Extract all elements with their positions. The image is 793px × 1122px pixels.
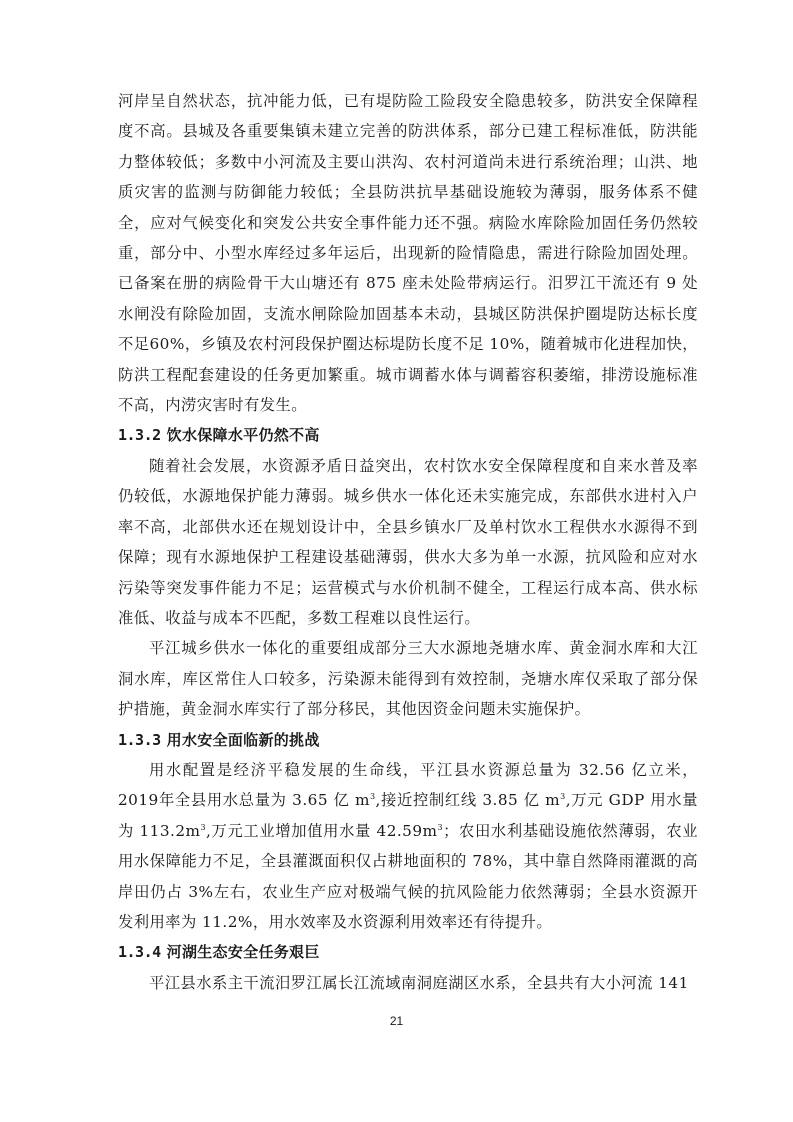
section-title: 河湖生态安全任务艰巨 [167,943,320,961]
text-segment: ,接近控制红线 3.85 亿 m [376,791,561,809]
paragraph-drinking-water-security: 随着社会发展，水资源矛盾日益突出，农村饮水安全保障程度和自来水普及率仍较低，水源… [118,451,698,633]
paragraph-river-lake-ecology: 平江县水系主干流汨罗江属长江流域南洞庭湖区水系，全县共有大小河流 141 [118,968,698,998]
section-number: 1.3.3 [118,731,161,749]
section-heading-1-3-4: 1.3.4河湖生态安全任务艰巨 [118,937,698,967]
section-title: 用水安全面临新的挑战 [167,731,320,749]
text-segment: ,万元工业增加值用水量 42.59m [206,822,438,840]
section-number: 1.3.4 [118,943,161,961]
section-title: 饮水保障水平仍然不高 [167,426,320,444]
section-number: 1.3.2 [118,426,161,444]
document-page-body: 河岸呈自然状态，抗冲能力低，已有堤防险工险段安全隐患较多，防洪安全保障程度不高。… [118,86,698,998]
paragraph-water-source-protection: 平江城乡供水一体化的重要组成部分三大水源地尧塘水库、黄金洞水库和大江洞水库，库区… [118,633,698,724]
page-number: 21 [0,1014,793,1028]
section-heading-1-3-3: 1.3.3用水安全面临新的挑战 [118,725,698,755]
paragraph-water-use-challenges: 用水配置是经济平稳发展的生命线，平江县水资源总量为 32.56 亿立米，2019… [118,755,698,937]
paragraph-flood-control-status: 河岸呈自然状态，抗冲能力低，已有堤防险工险段安全隐患较多，防洪安全保障程度不高。… [118,86,698,420]
section-heading-1-3-2: 1.3.2饮水保障水平仍然不高 [118,420,698,450]
